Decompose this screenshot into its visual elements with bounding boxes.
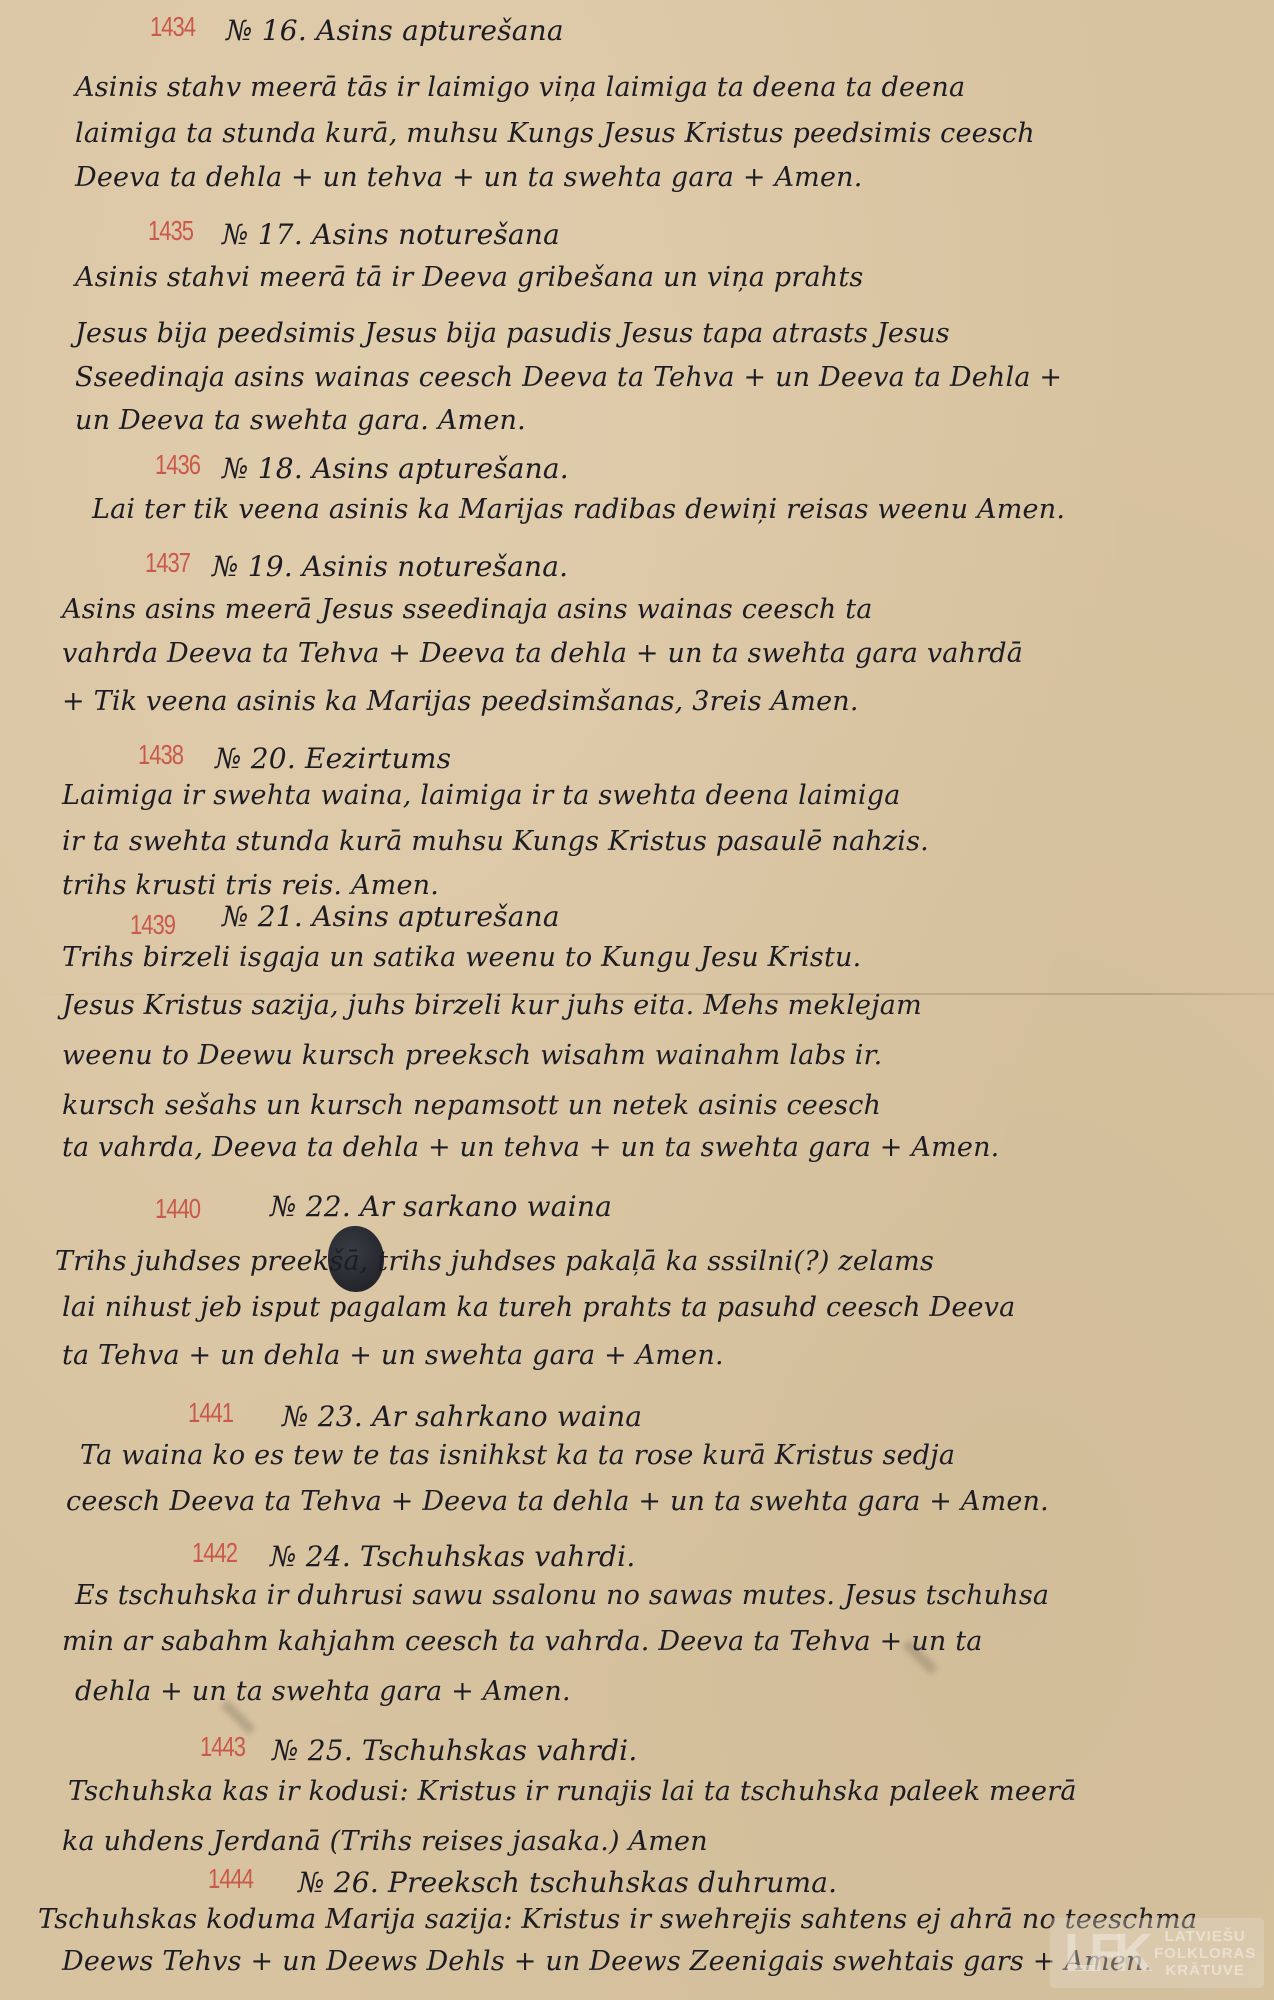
text-line: Es tschuhska ir duhrusi sawu ssalonu no …	[75, 1580, 1049, 1611]
archive-number: 1444	[208, 1863, 253, 1896]
text-line: Deeva ta dehla + un tehva + un ta swehta…	[75, 162, 863, 193]
entry-heading: № 24. Tschuhskas vahrdi.	[270, 1540, 635, 1573]
text-line: ir ta swehta stunda kurā muhsu Kungs Kri…	[62, 826, 929, 857]
watermark-line: KRĀTUVE	[1154, 1962, 1256, 1979]
archive-number: 1439	[130, 909, 175, 942]
watermark-text: LATVIEŠU FOLKLORAS KRĀTUVE	[1154, 1928, 1256, 1979]
archive-watermark: LFK LATVIEŠU FOLKLORAS KRĀTUVE	[1050, 1918, 1264, 1988]
text-line: Tschuhska kas ir kodusi: Kristus ir runa…	[68, 1776, 1077, 1807]
text-line: Laimiga ir swehta waina, laimiga ir ta s…	[62, 780, 901, 811]
text-line: Asinis stahvi meerā tā ir Deeva gribešan…	[75, 262, 863, 293]
entry-heading: № 22. Ar sarkano waina	[270, 1190, 612, 1223]
text-line: ceesch Deeva ta Tehva + Deeva ta dehla +…	[66, 1486, 1049, 1517]
watermark-line: LATVIEŠU	[1154, 1928, 1256, 1945]
text-line: Jesus bija peedsimis Jesus bija pasudis …	[75, 318, 950, 349]
text-line: vahrda Deeva ta Tehva + Deeva ta dehla +…	[62, 638, 1023, 669]
text-line: Ta waina ko es tew te tas isnihkst ka ta…	[80, 1440, 955, 1471]
archive-number: 1434	[150, 11, 195, 44]
text-line: + Tik veena asinis ka Marijas peedsimšan…	[62, 686, 859, 717]
text-line: laimiga ta stunda kurā, muhsu Kungs Jesu…	[75, 118, 1035, 149]
archive-number: 1437	[145, 547, 190, 580]
text-line: Sseedinaja asins wainas ceesch Deeva ta …	[75, 362, 1062, 393]
entry-heading: № 17. Asins noturešana	[222, 218, 560, 251]
text-line: trihs krusti tris reis. Amen.	[62, 870, 439, 901]
text-line: lai nihust jeb isput pagalam ka tureh pr…	[62, 1292, 1015, 1323]
text-line: Deews Tehvs + un Deews Dehls + un Deews …	[62, 1946, 1152, 1977]
text-line: Jesus Kristus sazija, juhs birzeli kur j…	[62, 990, 922, 1021]
entry-heading: № 23. Ar sahrkano waina	[282, 1400, 642, 1433]
archive-number: 1443	[200, 1731, 245, 1764]
archive-number: 1438	[138, 739, 183, 772]
archive-number: 1441	[188, 1397, 233, 1430]
text-line: ta Tehva + un dehla + un swehta gara + A…	[62, 1340, 724, 1371]
entry-heading: № 26. Preeksch tschuhskas duhruma.	[298, 1866, 837, 1899]
text-line: min ar sabahm kahjahm ceesch ta vahrda. …	[62, 1626, 983, 1657]
text-line: Asins asins meerā Jesus sseedinaja asins…	[62, 594, 873, 625]
entry-heading: № 20. Eezirtums	[215, 742, 451, 775]
watermark-line: FOLKLORAS	[1154, 1945, 1256, 1962]
text-line: ta vahrda, Deeva ta dehla + un tehva + u…	[62, 1132, 999, 1163]
archive-number: 1442	[192, 1537, 237, 1570]
entry-heading: № 16. Asins apturešana	[226, 14, 564, 47]
text-line: kursch sešahs un kursch nepamsott un net…	[62, 1090, 881, 1121]
entry-heading: № 21. Asins apturešana	[222, 900, 560, 933]
text-line: Trihs birzeli isgaja un satika weenu to …	[62, 942, 861, 973]
text-line: Lai ter tik veena asinis ka Marijas radi…	[92, 494, 1065, 525]
entry-heading: № 25. Tschuhskas vahrdi.	[272, 1734, 637, 1767]
text-line: Trihs juhdses preekšā, trihs juhdses pak…	[55, 1246, 934, 1277]
archive-number: 1440	[155, 1193, 200, 1226]
text-line: ka uhdens Jerdanā (Trihs reises jasaka.)…	[62, 1826, 708, 1857]
archive-number: 1435	[148, 215, 193, 248]
text-line: Asinis stahv meerā tās ir laimigo viņa l…	[75, 72, 965, 103]
entry-heading: № 18. Asins apturešana.	[222, 452, 569, 485]
text-line: weenu to Deewu kursch preeksch wisahm wa…	[62, 1040, 882, 1071]
archive-number: 1436	[155, 449, 200, 482]
manuscript-page: 1434 № 16. Asins apturešana Asinis stahv…	[0, 0, 1274, 2000]
lfk-logo-icon: LFK	[1064, 1922, 1154, 1984]
text-line: Tschuhskas koduma Marija sazija: Kristus…	[38, 1904, 1197, 1935]
entry-heading: № 19. Asinis noturešana.	[212, 550, 568, 583]
text-line: un Deeva ta swehta gara. Amen.	[75, 405, 526, 436]
text-line: dehla + un ta swehta gara + Amen.	[75, 1676, 571, 1707]
